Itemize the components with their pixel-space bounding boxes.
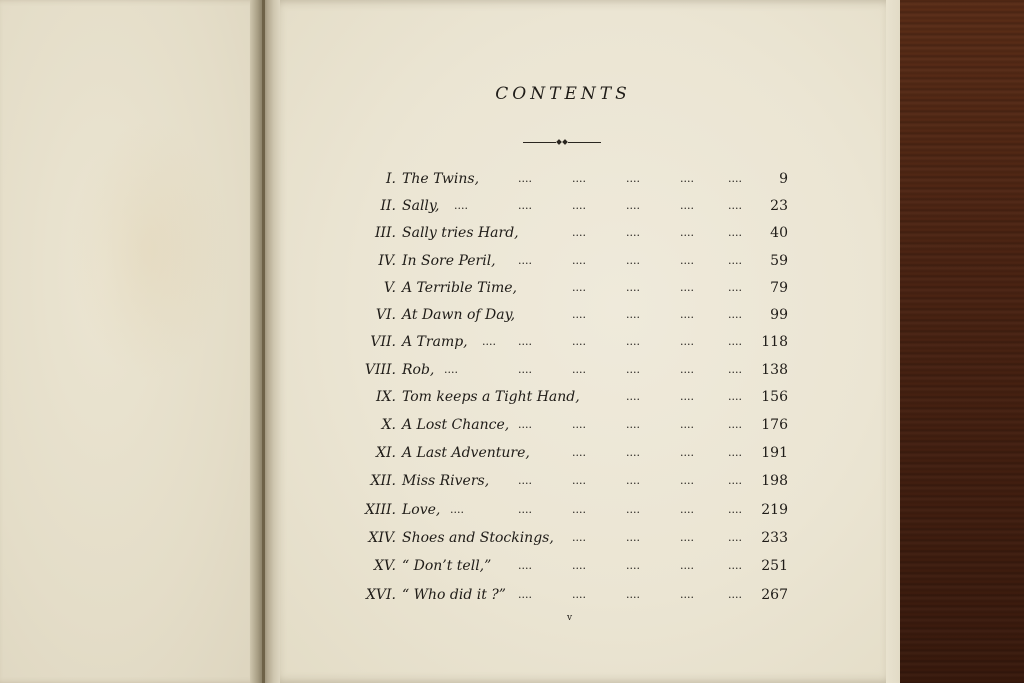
dot-leader: .... xyxy=(572,446,586,459)
dot-leader: .... xyxy=(680,226,694,239)
dot-leader: .... xyxy=(518,588,532,601)
dot-leader: .... xyxy=(680,199,694,212)
dot-leader: .... xyxy=(680,588,694,601)
dot-leader: .... xyxy=(572,363,586,376)
dot-leader: .... xyxy=(728,172,742,185)
chapter-numeral: XV. xyxy=(374,558,396,574)
dot-leader: .... xyxy=(728,418,742,431)
signature-mark: v xyxy=(567,613,572,623)
page-number: 59 xyxy=(752,253,788,269)
chapter-title: Shoes and Stockings, xyxy=(402,530,554,546)
toc-entry: XIV.Shoes and Stockings,................… xyxy=(0,530,1024,552)
toc-entry: V.A Terrible Time,................79 xyxy=(0,280,1024,302)
toc-entry: II.Sally,........................23 xyxy=(0,198,1024,220)
dot-leader: .... xyxy=(572,588,586,601)
chapter-numeral: I. xyxy=(386,171,396,187)
chapter-title: Sally tries Hard, xyxy=(402,225,519,241)
dot-leader: .... xyxy=(680,559,694,572)
page-number: 118 xyxy=(752,334,788,350)
contents-text-layer: CONTENTS I.The Twins,...................… xyxy=(0,0,1024,683)
page-number: 198 xyxy=(752,473,788,489)
dot-leader: .... xyxy=(626,559,640,572)
chapter-numeral: II. xyxy=(380,198,396,214)
dot-leader: .... xyxy=(728,474,742,487)
toc-entry: X.A Lost Chance,....................176 xyxy=(0,417,1024,439)
dot-leader: .... xyxy=(626,418,640,431)
dot-leader: .... xyxy=(728,390,742,403)
ornament-divider-icon xyxy=(523,140,601,146)
dot-leader: .... xyxy=(518,254,532,267)
toc-entry: XIII.Love,........................219 xyxy=(0,502,1024,524)
chapter-title: A Terrible Time, xyxy=(402,280,517,296)
dot-leader: .... xyxy=(728,531,742,544)
dot-leader: .... xyxy=(680,254,694,267)
chapter-title: Tom keeps a Tight Hand, xyxy=(402,389,580,405)
chapter-title: A Tramp, xyxy=(402,334,468,350)
dot-leader: .... xyxy=(626,363,640,376)
dot-leader: .... xyxy=(626,172,640,185)
chapter-numeral: VII. xyxy=(370,334,396,350)
dot-leader: .... xyxy=(626,199,640,212)
dot-leader: .... xyxy=(518,335,532,348)
toc-entry: IX.Tom keeps a Tight Hand,............15… xyxy=(0,389,1024,411)
dot-leader: .... xyxy=(680,474,694,487)
dot-leader: .... xyxy=(626,474,640,487)
dot-leader: .... xyxy=(482,335,496,348)
dot-leader: .... xyxy=(572,335,586,348)
toc-entry: III.Sally tries Hard,................40 xyxy=(0,225,1024,247)
page-number: 23 xyxy=(752,198,788,214)
dot-leader: .... xyxy=(626,254,640,267)
chapter-title: Miss Rivers, xyxy=(402,473,489,489)
dot-leader: .... xyxy=(728,281,742,294)
chapter-numeral: XVI. xyxy=(366,587,396,603)
dot-leader: .... xyxy=(626,335,640,348)
toc-entry: XVI.“ Who did it ?”....................2… xyxy=(0,587,1024,609)
dot-leader: .... xyxy=(728,254,742,267)
dot-leader: .... xyxy=(728,446,742,459)
dot-leader: .... xyxy=(572,172,586,185)
toc-entry: I.The Twins,....................9 xyxy=(0,171,1024,193)
chapter-title: The Twins, xyxy=(402,171,479,187)
page-number: 9 xyxy=(752,171,788,187)
page-number: 267 xyxy=(752,587,788,603)
page-number: 219 xyxy=(752,502,788,518)
dot-leader: .... xyxy=(626,446,640,459)
dot-leader: .... xyxy=(572,503,586,516)
dot-leader: .... xyxy=(680,335,694,348)
dot-leader: .... xyxy=(680,418,694,431)
dot-leader: .... xyxy=(626,390,640,403)
toc-entry: XV.“ Don’t tell,”....................251 xyxy=(0,558,1024,580)
chapter-title: “ Who did it ?” xyxy=(402,587,506,603)
dot-leader: .... xyxy=(518,363,532,376)
dot-leader: .... xyxy=(572,281,586,294)
dot-leader: .... xyxy=(680,503,694,516)
page-number: 79 xyxy=(752,280,788,296)
page-number: 176 xyxy=(752,417,788,433)
dot-leader: .... xyxy=(680,308,694,321)
dot-leader: .... xyxy=(572,474,586,487)
chapter-numeral: XII. xyxy=(371,473,396,489)
page-number: 40 xyxy=(752,225,788,241)
dot-leader: .... xyxy=(626,308,640,321)
dot-leader: .... xyxy=(572,308,586,321)
dot-leader: .... xyxy=(680,172,694,185)
page-number: 251 xyxy=(752,558,788,574)
toc-entry: VIII.Rob,........................138 xyxy=(0,362,1024,384)
toc-entry: VII.A Tramp,........................118 xyxy=(0,334,1024,356)
chapter-numeral: IV. xyxy=(378,253,396,269)
toc-entry: VI.At Dawn of Day,................99 xyxy=(0,307,1024,329)
dot-leader: .... xyxy=(626,588,640,601)
page-number: 138 xyxy=(752,362,788,378)
chapter-numeral: VIII. xyxy=(365,362,396,378)
chapter-numeral: IX. xyxy=(376,389,396,405)
dot-leader: .... xyxy=(518,474,532,487)
chapter-title: Sally, xyxy=(402,198,439,214)
dot-leader: .... xyxy=(572,418,586,431)
page-number: 191 xyxy=(752,445,788,461)
chapter-title: Love, xyxy=(402,502,440,518)
contents-heading: CONTENTS xyxy=(488,84,638,104)
chapter-numeral: V. xyxy=(384,280,396,296)
dot-leader: .... xyxy=(518,172,532,185)
dot-leader: .... xyxy=(680,281,694,294)
toc-entry: IV.In Sore Peril,....................59 xyxy=(0,253,1024,275)
dot-leader: .... xyxy=(444,363,458,376)
chapter-numeral: X. xyxy=(382,417,396,433)
toc-entry: XII.Miss Rivers,....................198 xyxy=(0,473,1024,495)
dot-leader: .... xyxy=(626,503,640,516)
chapter-title: In Sore Peril, xyxy=(402,253,496,269)
chapter-numeral: XI. xyxy=(376,445,396,461)
dot-leader: .... xyxy=(572,254,586,267)
dot-leader: .... xyxy=(728,335,742,348)
dot-leader: .... xyxy=(728,226,742,239)
dot-leader: .... xyxy=(728,308,742,321)
dot-leader: .... xyxy=(728,363,742,376)
dot-leader: .... xyxy=(572,531,586,544)
chapter-title: A Lost Chance, xyxy=(402,417,509,433)
dot-leader: .... xyxy=(728,503,742,516)
chapter-title: Rob, xyxy=(402,362,434,378)
dot-leader: .... xyxy=(626,281,640,294)
page-number: 156 xyxy=(752,389,788,405)
toc-entry: XI.A Last Adventure,................191 xyxy=(0,445,1024,467)
dot-leader: .... xyxy=(728,199,742,212)
page-number: 233 xyxy=(752,530,788,546)
dot-leader: .... xyxy=(572,226,586,239)
chapter-title: At Dawn of Day, xyxy=(402,307,515,323)
dot-leader: .... xyxy=(626,531,640,544)
dot-leader: .... xyxy=(518,559,532,572)
page-number: 99 xyxy=(752,307,788,323)
dot-leader: .... xyxy=(728,559,742,572)
dot-leader: .... xyxy=(518,503,532,516)
dot-leader: .... xyxy=(572,559,586,572)
dot-leader: .... xyxy=(680,363,694,376)
chapter-title: A Last Adventure, xyxy=(402,445,530,461)
dot-leader: .... xyxy=(572,199,586,212)
chapter-numeral: XIV. xyxy=(368,530,396,546)
chapter-numeral: VI. xyxy=(376,307,396,323)
dot-leader: .... xyxy=(680,390,694,403)
dot-leader: .... xyxy=(728,588,742,601)
chapter-numeral: III. xyxy=(375,225,396,241)
dot-leader: .... xyxy=(450,503,464,516)
chapter-title: “ Don’t tell,” xyxy=(402,558,491,574)
dot-leader: .... xyxy=(626,226,640,239)
dot-leader: .... xyxy=(518,199,532,212)
dot-leader: .... xyxy=(518,418,532,431)
dot-leader: .... xyxy=(680,446,694,459)
chapter-numeral: XIII. xyxy=(365,502,396,518)
dot-leader: .... xyxy=(680,531,694,544)
dot-leader: .... xyxy=(454,199,468,212)
